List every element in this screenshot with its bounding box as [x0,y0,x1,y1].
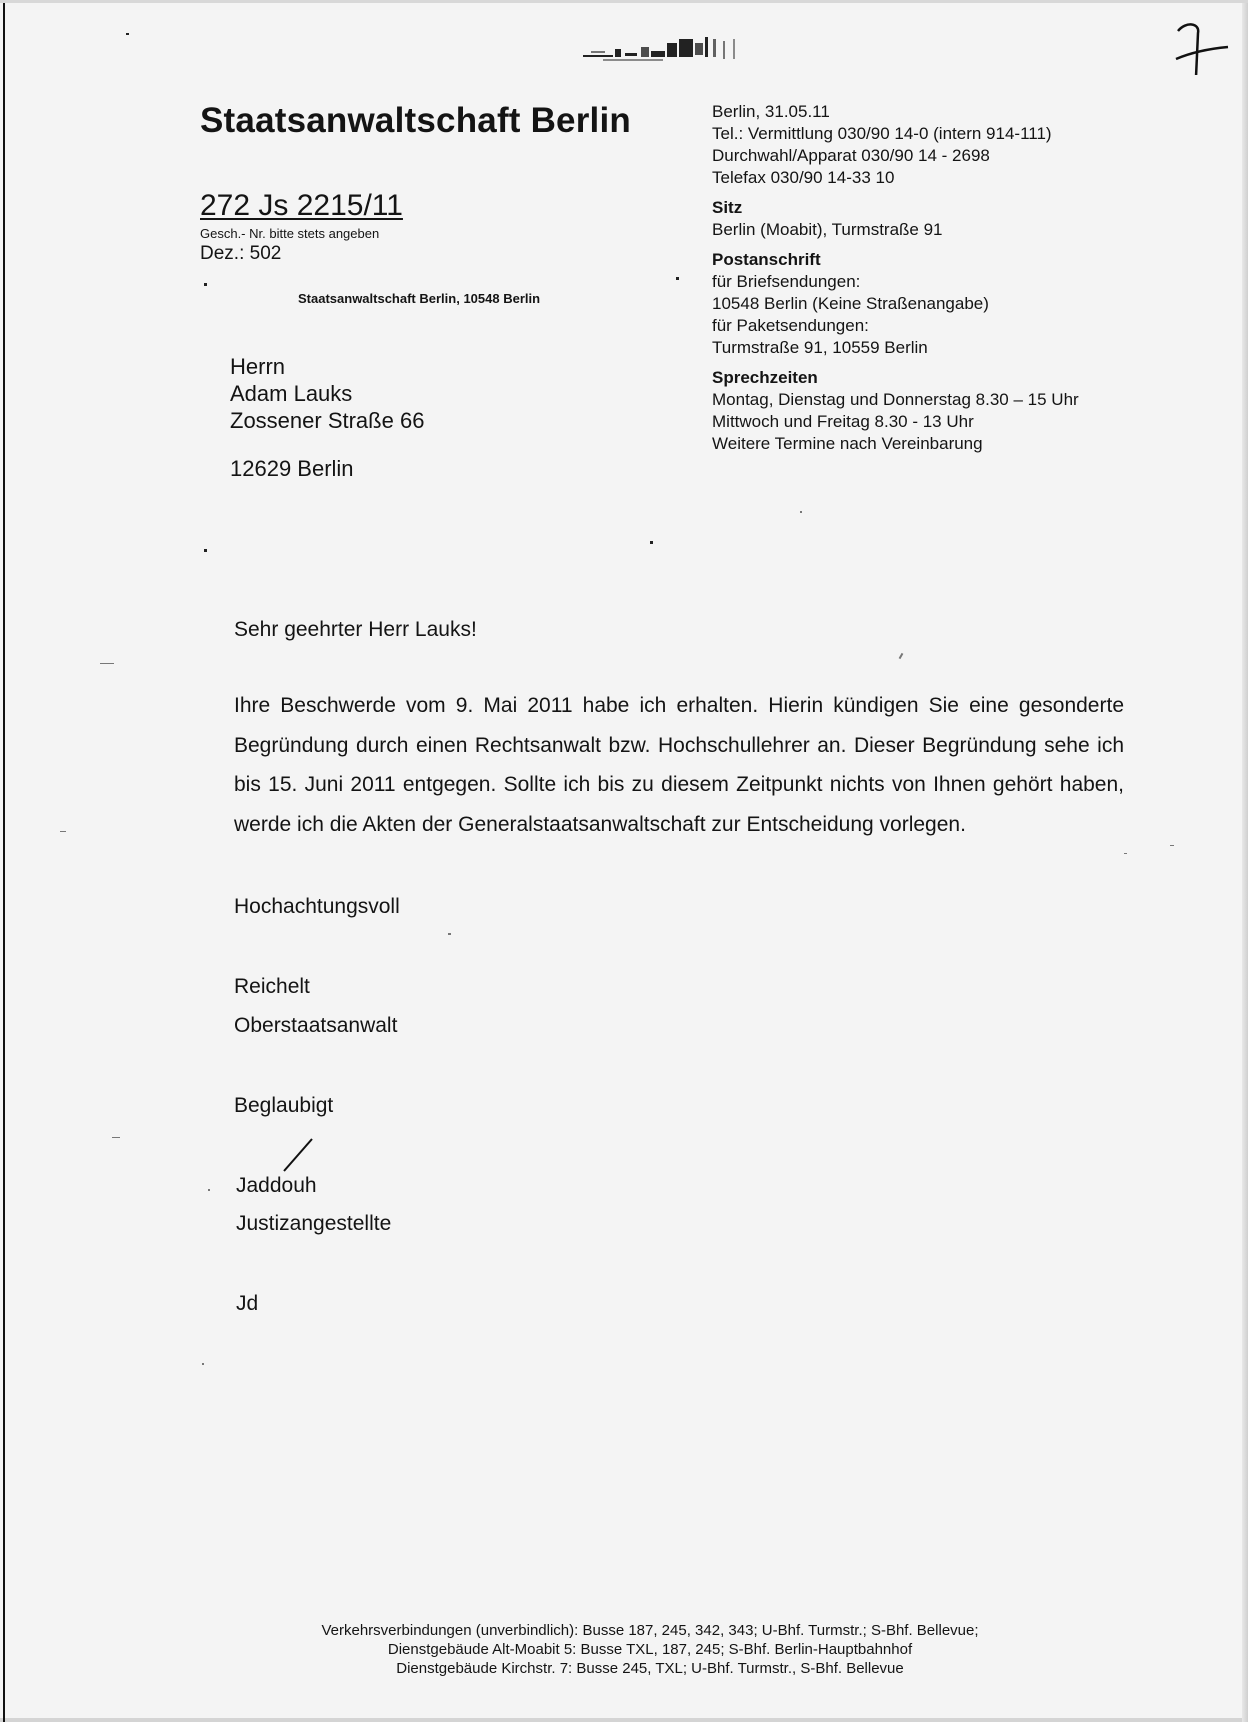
scan-speck [448,933,451,935]
letter-date: Berlin, 31.05.11 [712,101,1079,123]
clerk-title: Justizangestellte [236,1212,391,1236]
recipient-city: 12629 Berlin [230,456,354,482]
clerk-name: Jaddouh [236,1174,317,1198]
scan-speck [126,33,129,35]
hours-line: Mittwoch und Freitag 8.30 - 13 Uhr [712,411,1079,433]
hours-block: Sprechzeiten Montag, Dienstag und Donner… [712,367,1079,455]
phone-line: Tel.: Vermittlung 030/90 14-0 (intern 91… [712,123,1079,145]
fold-mark [650,541,653,544]
return-address: Staatsanwaltschaft Berlin, 10548 Berlin [298,291,540,306]
letter-body: Ihre Beschwerde vom 9. Mai 2011 habe ich… [234,686,1124,844]
recipient-address: Herrn Adam Lauks Zossener Straße 66 [230,353,424,434]
clerk-initials: Jd [236,1292,258,1316]
fold-mark [204,549,207,552]
department: Dez.: 502 [200,243,281,265]
scan-speck [1124,853,1127,854]
handwritten-page-number-icon [1172,15,1232,75]
certification-label: Beglaubigt [234,1094,333,1118]
scan-edge-right [1242,3,1248,1722]
seat-line: Berlin (Moabit), Turmstraße 91 [712,219,1079,241]
scanned-letter-page: Staatsanwaltschaft Berlin 272 Js 2215/11… [0,0,1248,1722]
signature-stroke-icon [280,1135,320,1175]
transport-footer: Verkehrsverbindungen (unverbindlich): Bu… [250,1621,1050,1678]
hours-heading: Sprechzeiten [712,367,1079,389]
scan-speck [112,1137,120,1138]
postal-block: Postanschrift für Briefsendungen: 10548 … [712,249,1079,359]
signer-name: Reichelt [234,975,310,999]
postal-line: für Paketsendungen: [712,315,1079,337]
seat-block: Sitz Berlin (Moabit), Turmstraße 91 [712,197,1079,241]
postal-line: Turmstraße 91, 10559 Berlin [712,337,1079,359]
case-number-hint: Gesch.- Nr. bitte stets angeben [200,226,379,241]
letter-salutation: Sehr geehrter Herr Lauks! [234,618,477,642]
contact-block: Berlin, 31.05.11 Tel.: Vermittlung 030/9… [712,101,1079,189]
signer-title: Oberstaatsanwalt [234,1014,397,1038]
hours-line: Montag, Dienstag und Donnerstag 8.30 – 1… [712,389,1079,411]
scan-speck [800,511,802,513]
authority-name: Staatsanwaltschaft Berlin [200,101,631,141]
phone-line: Durchwahl/Apparat 030/90 14 - 2698 [712,145,1079,167]
footer-line: Dienstgebäude Kirchstr. 7: Busse 245, TX… [250,1659,1050,1678]
fold-mark [676,277,679,280]
seat-heading: Sitz [712,197,1079,219]
postal-line: 10548 Berlin (Keine Straßenangabe) [712,293,1079,315]
scan-speck [202,1363,204,1365]
scan-speck [100,663,114,664]
scan-speck [1170,845,1174,846]
hours-line: Weitere Termine nach Vereinbarung [712,433,1079,455]
contact-info-column: Berlin, 31.05.11 Tel.: Vermittlung 030/9… [712,101,1079,463]
fold-mark [204,283,207,286]
case-number: 272 Js 2215/11 [200,189,403,223]
scan-speck [899,653,904,659]
scan-edge-left [3,3,5,1722]
received-stamp-icon [583,33,753,67]
recipient-salutation: Herrn [230,353,424,380]
letter-closing: Hochachtungsvoll [234,895,400,919]
footer-line: Dienstgebäude Alt-Moabit 5: Busse TXL, 1… [250,1640,1050,1659]
postal-line: für Briefsendungen: [712,271,1079,293]
scan-speck [208,1189,210,1191]
fax-line: Telefax 030/90 14-33 10 [712,167,1079,189]
scan-speck [60,831,66,832]
recipient-name: Adam Lauks [230,380,424,407]
recipient-street: Zossener Straße 66 [230,407,424,434]
footer-line: Verkehrsverbindungen (unverbindlich): Bu… [250,1621,1050,1640]
postal-heading: Postanschrift [712,249,1079,271]
